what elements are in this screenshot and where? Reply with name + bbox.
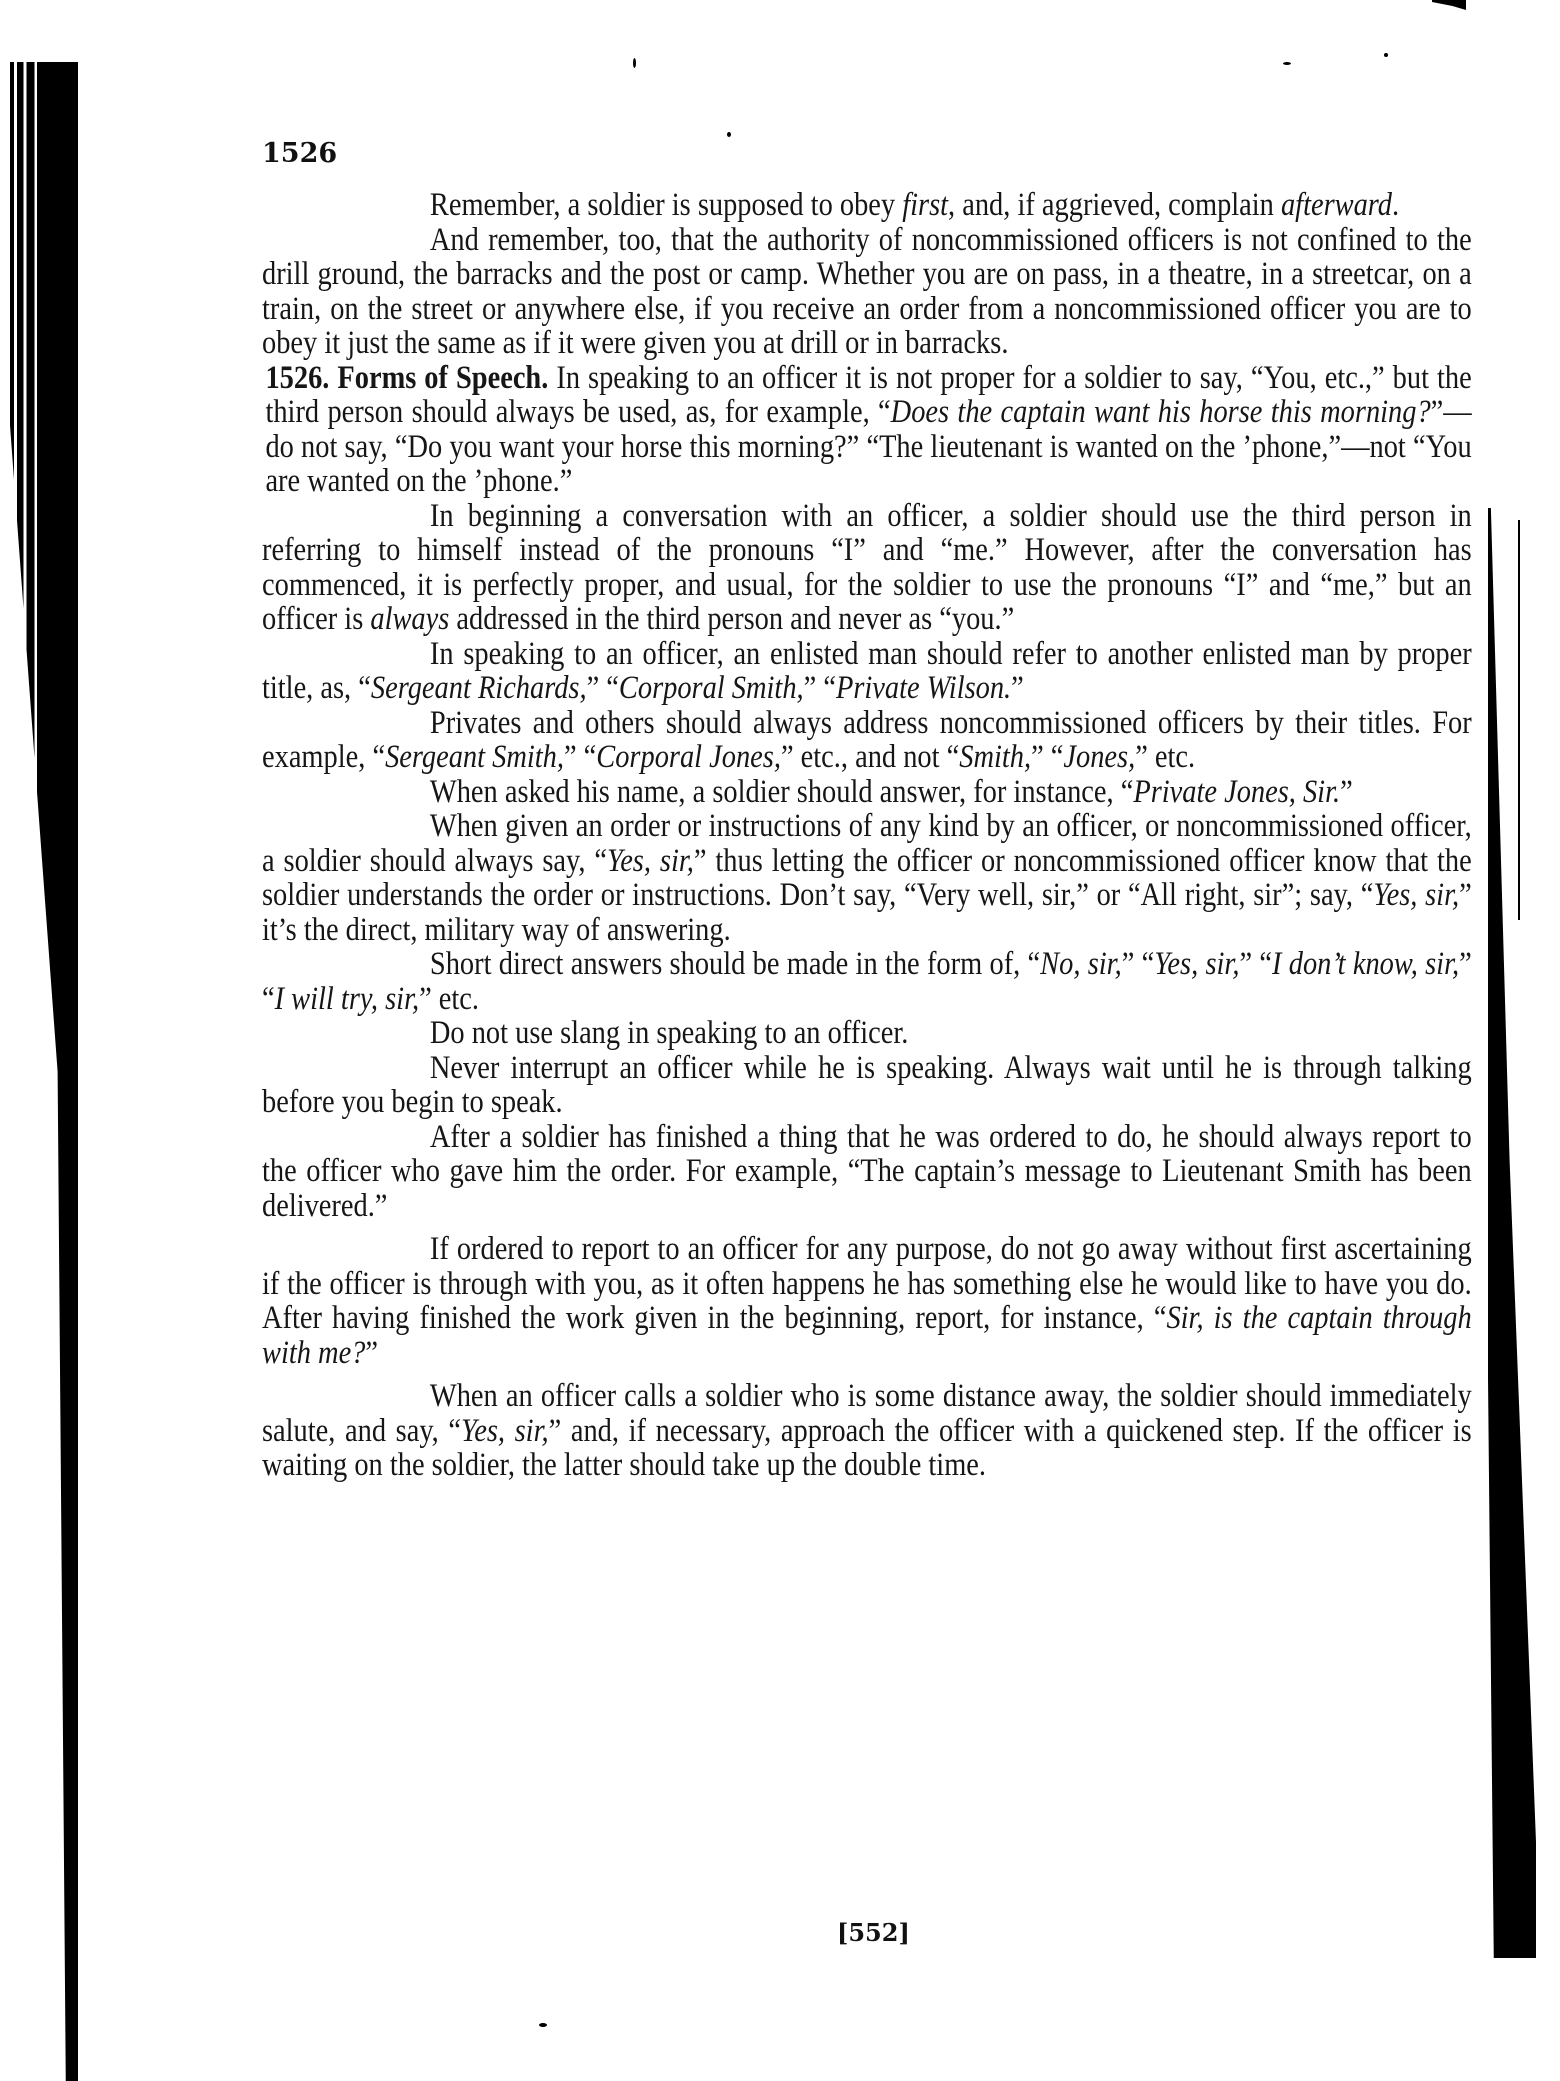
book-binding-shadow-left (10, 62, 78, 2081)
italic-emphasis: Sir, is the captain through with me? (262, 1300, 1472, 1371)
scan-corner-artifact (1432, 0, 1466, 10)
paragraph: Never interrupt an officer while he is s… (262, 1051, 1472, 1120)
italic-emphasis: Yes, sir, (1373, 877, 1459, 913)
paragraph: In speaking to an officer, an enlisted m… (262, 637, 1472, 706)
paragraph: After a soldier has finished a thing tha… (262, 1120, 1472, 1224)
italic-emphasis: always (370, 601, 449, 637)
scan-speck (1384, 53, 1388, 57)
paragraph: When given an order or instructions of a… (262, 809, 1472, 947)
section-number: 1526. (265, 360, 337, 396)
italic-emphasis: Smith, (959, 739, 1031, 775)
paragraph: Remember, a soldier is supposed to obey … (262, 188, 1472, 223)
section-paragraph: 1526. Forms of Speech. In speaking to an… (262, 361, 1472, 499)
section-title: Forms of Speech. (337, 360, 548, 396)
body-text-column: Remember, a soldier is supposed to obey … (262, 188, 1472, 1483)
italic-emphasis: Jones, (1063, 739, 1135, 775)
page-number: [552] (837, 1918, 910, 1947)
italic-emphasis: first (902, 187, 948, 223)
scan-speck (1283, 62, 1291, 65)
italic-emphasis: Yes, sir, (607, 843, 694, 879)
scan-speck (633, 58, 636, 68)
book-edge-shadow-right (1488, 508, 1536, 1958)
italic-emphasis: Sergeant Smith, (385, 739, 564, 775)
italic-emphasis: Yes, sir, (461, 1413, 549, 1449)
body-text: Remember, a soldier is supposed to obey … (262, 188, 1472, 1483)
italic-emphasis: I don’t know, sir, (1272, 946, 1459, 982)
italic-emphasis: Does the captain want his horse this mor… (891, 394, 1431, 430)
italic-emphasis: Private Jones, Sir. (1133, 774, 1340, 810)
italic-emphasis: I will try, sir, (275, 981, 419, 1017)
paragraph: And remember, too, that the authority of… (262, 223, 1472, 361)
italic-emphasis: Sergeant Richards, (371, 670, 587, 706)
paragraph: When asked his name, a soldier should an… (262, 775, 1472, 810)
paragraph: When an officer calls a soldier who is s… (262, 1379, 1472, 1483)
italic-emphasis: Private Wilson. (836, 670, 1011, 706)
italic-emphasis: No, sir, (1040, 946, 1122, 982)
page-edge-line (1518, 520, 1520, 920)
italic-emphasis: Corporal Jones, (596, 739, 781, 775)
paragraph: In beginning a conversation with an offi… (262, 499, 1472, 637)
scanned-book-page: 1526 Remember, a soldier is supposed to … (0, 0, 1560, 2081)
paragraph: If ordered to report to an officer for a… (262, 1232, 1472, 1370)
scan-speck (727, 132, 731, 137)
running-head-section-number: 1526 (262, 138, 337, 169)
italic-emphasis: Corporal Smith, (619, 670, 804, 706)
paragraph: Privates and others should always addres… (262, 706, 1472, 775)
paragraph: Short direct answers should be made in t… (262, 947, 1472, 1016)
italic-emphasis: Yes, sir, (1154, 946, 1239, 982)
paragraph: Do not use slang in speaking to an offic… (262, 1016, 1472, 1051)
scan-speck (539, 2023, 547, 2027)
italic-emphasis: afterward (1281, 187, 1392, 223)
